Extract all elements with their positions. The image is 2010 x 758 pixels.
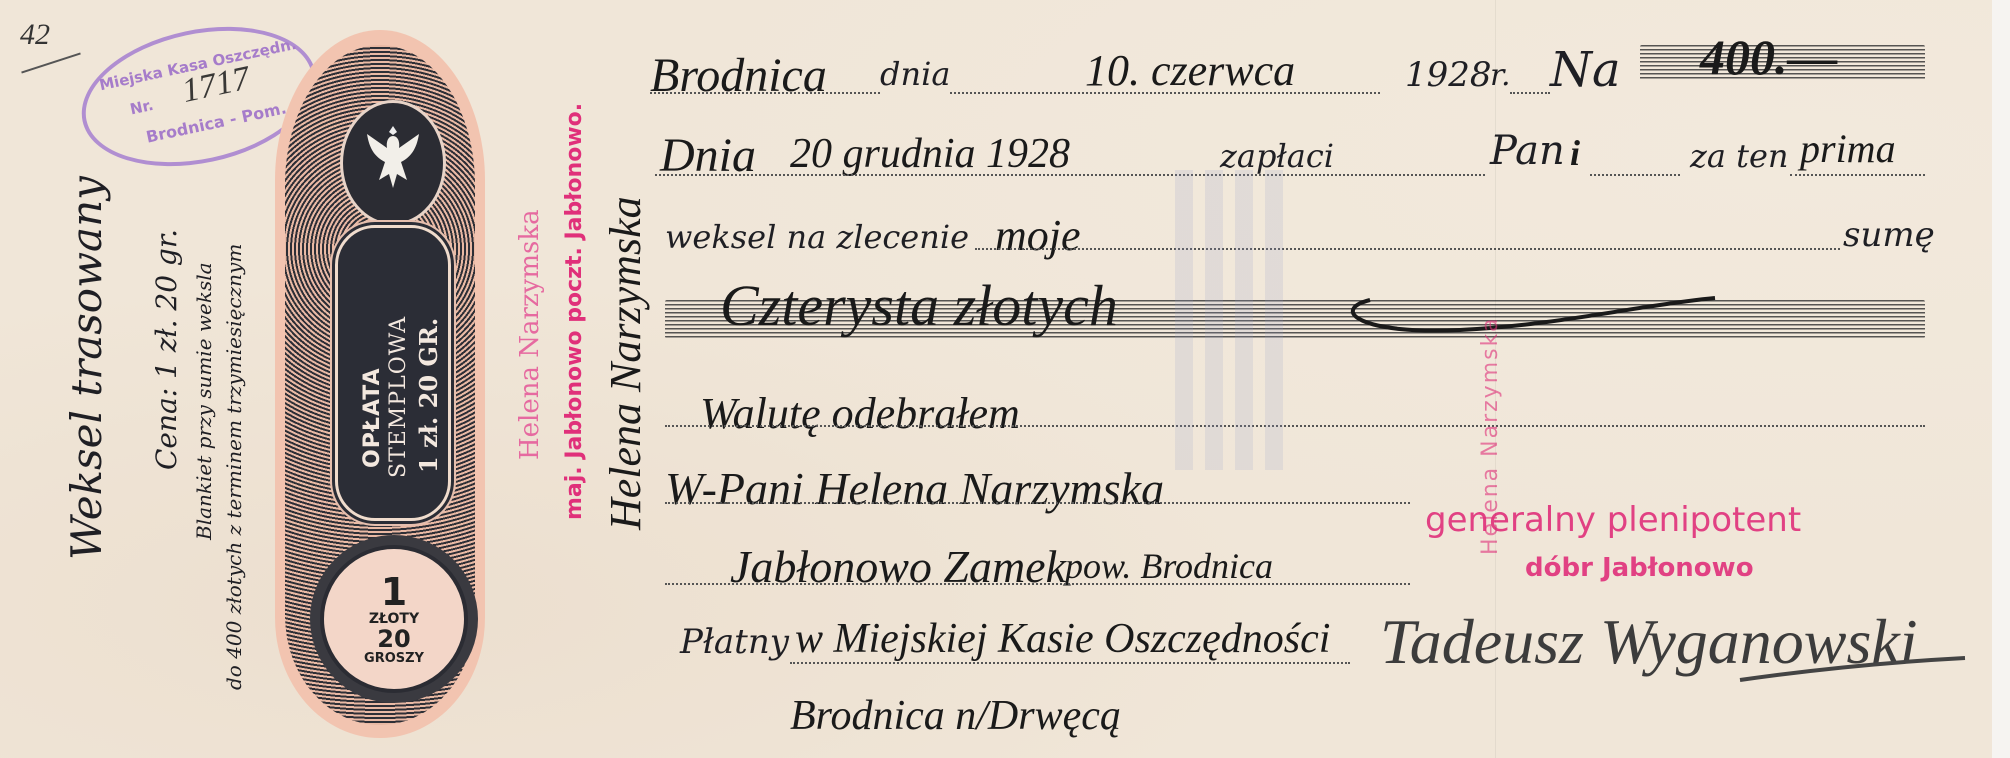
stamp-line-3: Brodnica - Pom. bbox=[144, 98, 288, 146]
red-stamp-line-2: dóbr Jabłonowo bbox=[1525, 553, 1754, 583]
form-note-line-1: Blankiet przy sumie weksla bbox=[192, 262, 216, 540]
due-date: 20 grudnia 1928 bbox=[790, 130, 1070, 178]
payment-city: Brodnica n/Drwęcą bbox=[790, 692, 1121, 740]
label-pan: Pan bbox=[1490, 128, 1565, 174]
dotted-line bbox=[1590, 174, 1680, 176]
form-price: Cena: 1 zł. 20 gr. bbox=[150, 229, 183, 470]
archive-number: 42 bbox=[20, 18, 50, 52]
value-unit-2: GROSZY bbox=[364, 651, 424, 666]
place-of-issue: Brodnica bbox=[650, 48, 827, 103]
eagle-icon bbox=[340, 100, 446, 226]
dotted-line bbox=[1790, 174, 1925, 176]
payee-order: moje bbox=[995, 210, 1081, 261]
endorsement-line-1: Helena Narzymska bbox=[515, 209, 545, 460]
paper-fold bbox=[1495, 0, 1496, 758]
label-weksel-na-zlecenie: weksel na zlecenie bbox=[665, 218, 969, 256]
form-title: Weksel trasowany bbox=[62, 176, 111, 560]
dotted-line bbox=[950, 92, 1380, 94]
amount-figures: 400.— bbox=[1700, 28, 1838, 86]
archive-underline bbox=[21, 52, 81, 73]
faint-blue-stamp bbox=[1175, 170, 1295, 470]
stamp-value-disc: 1 ZŁOTY 20 GROSZY bbox=[320, 545, 468, 693]
bill-of-exchange-paper: 42 Miejska Kasa Oszczędn. Nr. 1717 Brodn… bbox=[0, 0, 1992, 758]
payment-place: w Miejskiej Kasie Oszczędności bbox=[795, 615, 1330, 663]
dotted-line bbox=[655, 174, 1485, 176]
stamp-duty-cartouche: OPŁATA STEMPLOWA 1 zł. 20 GR. bbox=[335, 225, 451, 521]
endorsement-signature: Helena Narzymska bbox=[600, 196, 651, 530]
issue-date: 10. czerwca bbox=[1085, 45, 1295, 96]
value-sub: 20 bbox=[377, 627, 410, 651]
signature-underline bbox=[1730, 650, 1970, 690]
form-note-line-2: do 400 złotych z terminem trzymiesięczny… bbox=[222, 244, 246, 690]
cartouche-line-1: OPŁATA bbox=[360, 367, 385, 468]
dotted-line bbox=[665, 502, 1410, 504]
drawee-address: Jabłonowo Zamek bbox=[730, 540, 1066, 593]
dotted-line bbox=[665, 583, 1410, 585]
label-r: r. bbox=[1490, 58, 1511, 93]
dotted-line bbox=[1510, 92, 1550, 94]
label-platny: Płatny bbox=[680, 622, 789, 662]
drawee-district: pow. Brodnica bbox=[1065, 545, 1273, 587]
prima: prima bbox=[1800, 125, 1896, 172]
issue-year: 1928 bbox=[1405, 55, 1492, 95]
drawee-name: W-Pani Helena Narzymska bbox=[665, 462, 1164, 515]
cartouche-line-2: STEMPLOWA bbox=[386, 316, 411, 478]
dotted-line bbox=[650, 92, 880, 94]
dotted-line bbox=[790, 662, 1350, 664]
label-sume: sumę bbox=[1843, 215, 1935, 255]
label-na: Na bbox=[1550, 42, 1621, 98]
red-stamp-line-1: generalny plenipotent bbox=[1425, 500, 1801, 540]
pan-suffix: i bbox=[1570, 132, 1580, 174]
dotted-line bbox=[975, 248, 1840, 250]
endorsement-line-2: maj. Jabłonowo poczt. Jabłonowo. bbox=[562, 103, 587, 520]
amount-dash-flourish bbox=[1340, 290, 1720, 340]
dotted-line bbox=[665, 425, 1925, 427]
cartouche-value: 1 zł. 20 GR. bbox=[414, 318, 443, 473]
label-dnia: dnia bbox=[880, 55, 950, 93]
amount-in-words: Czterysta złotych bbox=[720, 272, 1118, 339]
stamp-line-2: Nr. bbox=[128, 96, 155, 118]
value-big: 1 bbox=[381, 573, 407, 611]
label-za-ten: za ten bbox=[1690, 137, 1789, 175]
value-received: Walutę odebrałem bbox=[700, 388, 1020, 439]
